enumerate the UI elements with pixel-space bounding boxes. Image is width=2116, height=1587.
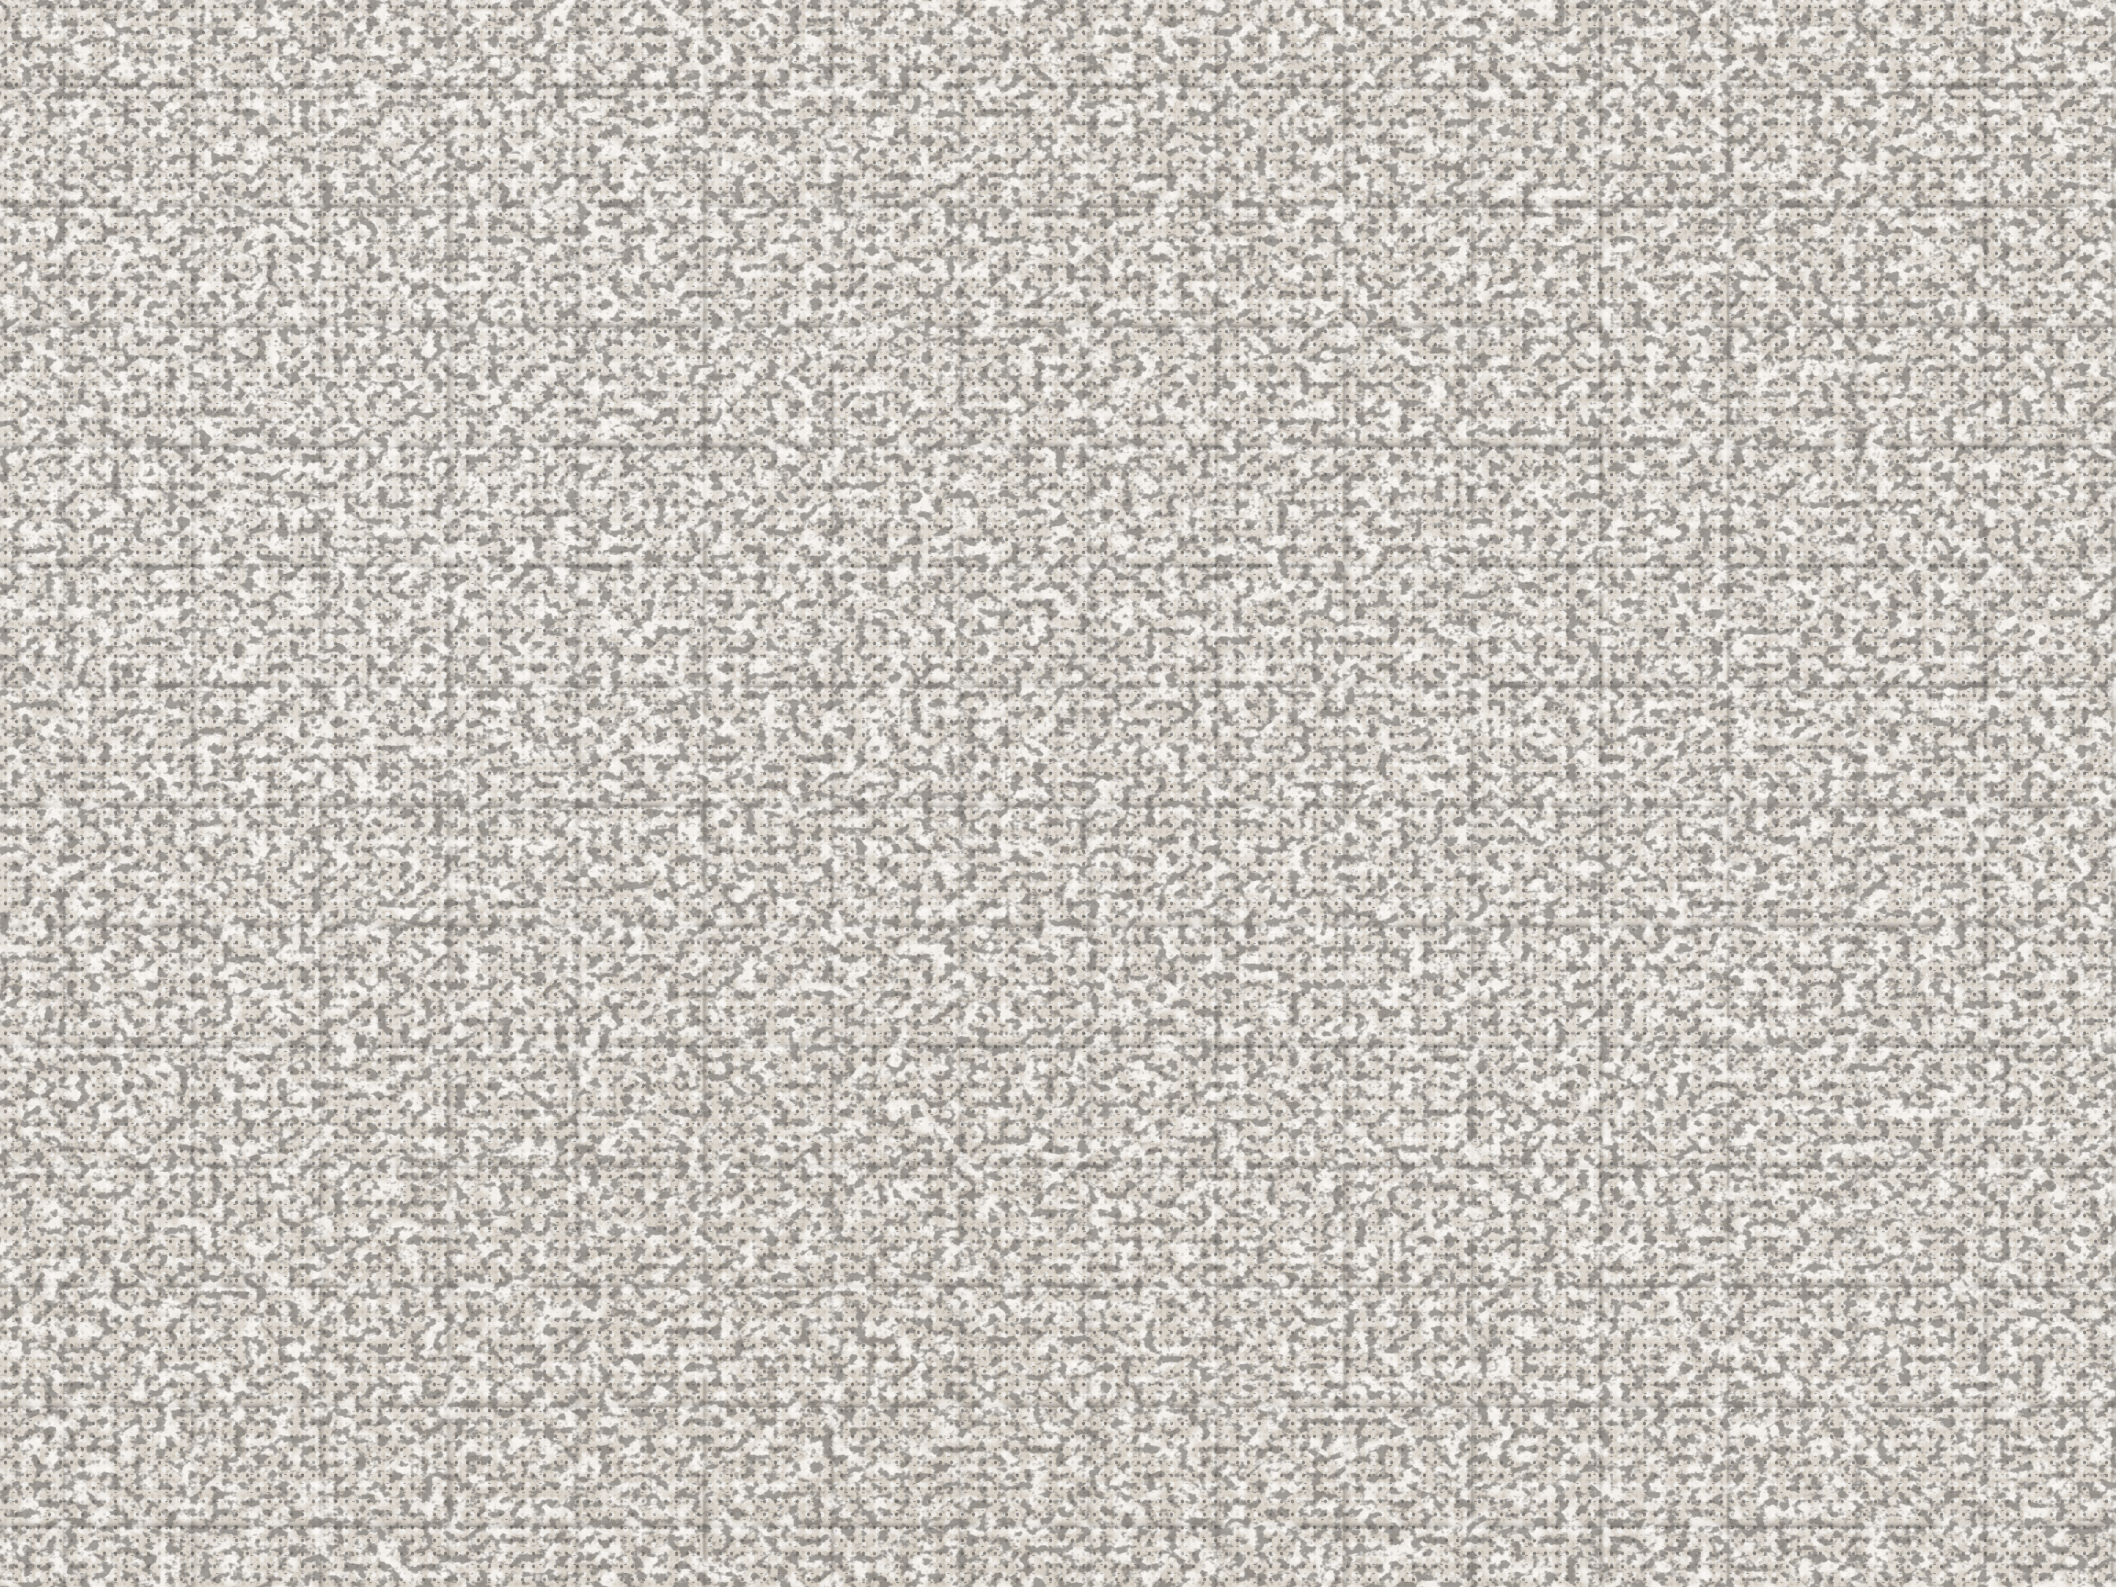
fabric-texture-photo	[0, 0, 2116, 1587]
fleck-overlay	[0, 0, 2116, 1587]
